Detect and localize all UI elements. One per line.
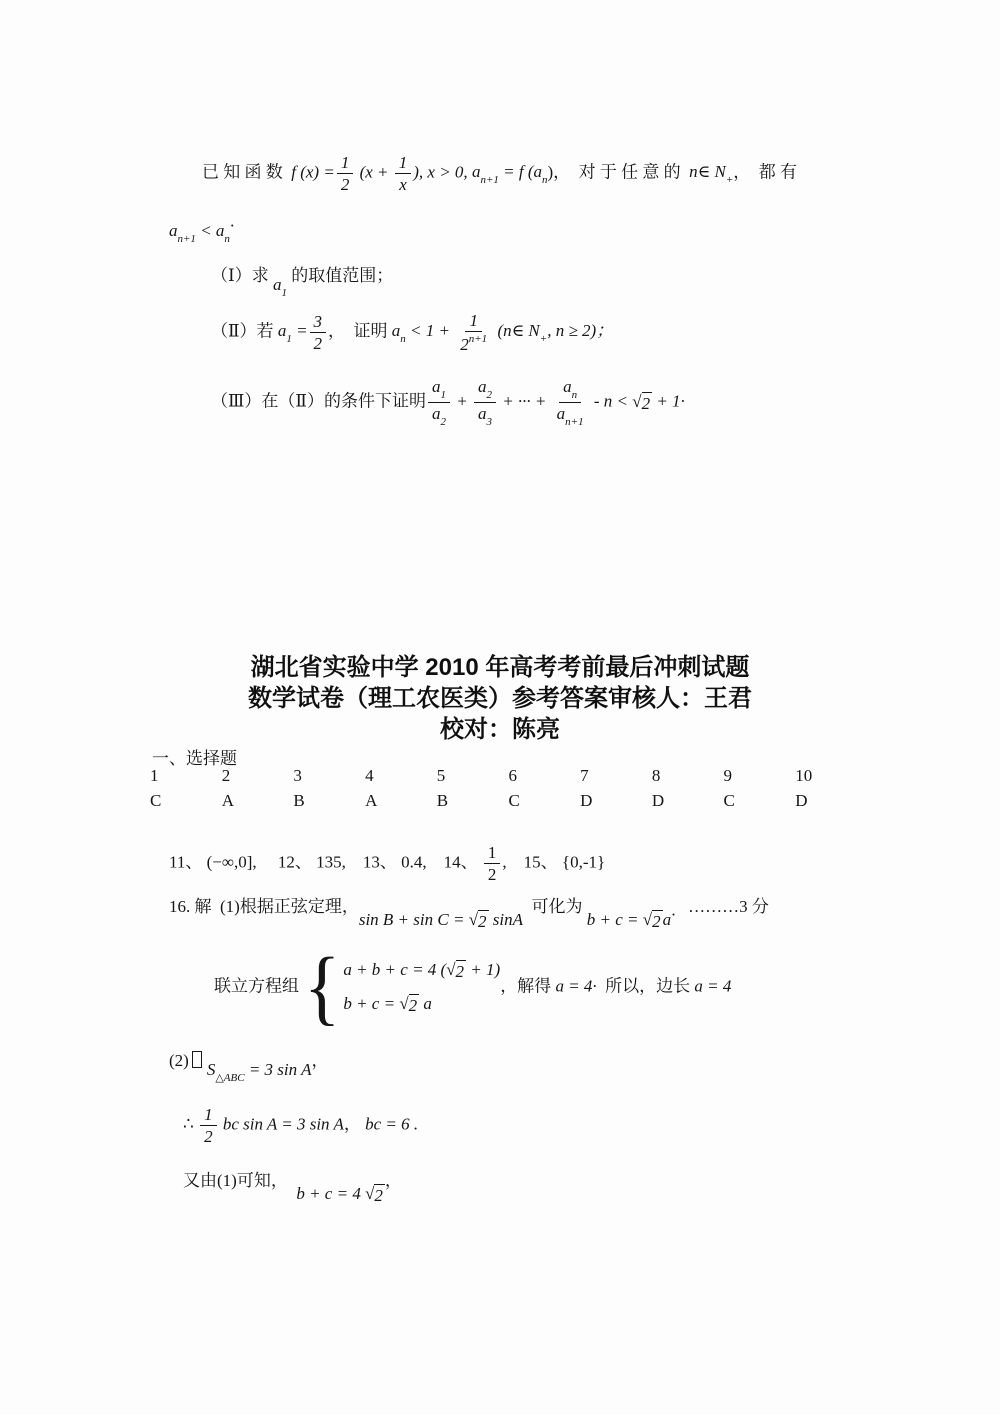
choice-number-2: 2 (222, 766, 294, 786)
end-dot: · (230, 216, 234, 235)
sqrt-two: √2 (643, 910, 663, 932)
den-sub: 3 (486, 416, 492, 428)
choice-answer-7: D (580, 791, 652, 811)
minus-n-less-than: - n < (590, 392, 633, 411)
score-marker: ………3 分 (675, 897, 769, 916)
radicand: 2 (642, 392, 653, 414)
a-equals-4-result: a = 4· (555, 977, 596, 996)
equation-1: a + b + c = 4 (√2 + 1) (343, 960, 500, 982)
for-any-text: 对 于 任 意 的 (579, 162, 690, 181)
radical-sign: √ (643, 910, 652, 930)
den-sub: 2 (440, 416, 446, 428)
choice-answer-3: B (293, 791, 365, 811)
q12-label: 12、 (278, 852, 316, 871)
fraction-three-halves: 32 (310, 312, 327, 353)
document-title-block: 湖北省实验中学 2010 年高考考前最后冲刺试题 数学试卷（理工农医类）参考答案… (0, 652, 1000, 745)
system-label: 联立方程组 (214, 977, 299, 996)
less-than-one-plus: < 1 + (406, 321, 454, 340)
frac-den: x (395, 174, 411, 194)
problem-intro-line: 已 知 函 数 f (x) =12 (x + 1x), x > 0, an+1 … (185, 133, 797, 214)
sine-sum-rhs: sinA (489, 910, 523, 929)
equation-column: a + b + c = 4 (√2 + 1)b + c = √2 a (343, 960, 500, 1016)
so-side-length-label: 所以，边长 (597, 977, 695, 996)
fraction-a1-a2: a1a2 (428, 377, 450, 429)
solution16-step1-text: (1)根据正弦定理， (220, 897, 359, 916)
choice-answer-1: C (150, 791, 222, 811)
choice-number-4: 4 (365, 766, 437, 786)
less-than: < (196, 221, 216, 240)
sqrt-two: √2 (399, 994, 419, 1016)
choice-number-7: 7 (580, 766, 652, 786)
q13-value: 0.4, (401, 852, 444, 871)
reduces-to-text: 可化为 (523, 897, 587, 916)
a-n-plus-1-term: an+1 = f (an (472, 162, 548, 181)
an-inequality: an < 1 + (392, 321, 454, 340)
choice-answer-8: D (652, 791, 724, 811)
frac-num: 1 (337, 153, 354, 174)
bc-lhs: b + c = (587, 910, 643, 929)
eq1-lhs: a + b + c = 4 ( (343, 960, 446, 979)
choice-answer-2: A (222, 791, 294, 811)
sqrt-two: √2 (632, 392, 652, 414)
solution16-step1-line: 16. 解 (1)根据正弦定理，sin B + sin C = √2 sinA … (152, 872, 769, 939)
choice-answer-5: B (437, 791, 509, 811)
q14-comma: , (502, 852, 523, 871)
sine-sum-lhs: sin B + sin C = (359, 910, 469, 929)
eq2-lhs: b + c = (343, 994, 399, 1013)
bc-rhs: a (663, 910, 672, 929)
radicand: 2 (478, 910, 489, 932)
frac-den: 2 (200, 1126, 217, 1146)
frac-num: a2 (474, 377, 496, 403)
radicand: 2 (456, 960, 467, 982)
den-base: a (557, 404, 566, 423)
title-line-1: 湖北省实验中学 2010 年高考考前最后冲刺试题 (0, 652, 1000, 683)
sqrt-two: √2 (365, 1184, 385, 1206)
radicand: 2 (374, 1184, 385, 1206)
fraction-a2-a3: a2a3 (474, 377, 496, 429)
fx-equals: f (x) = (291, 162, 335, 181)
fraction-an-an1: anan+1 (553, 377, 588, 429)
den-exponent: n+1 (469, 333, 487, 345)
radical-sign: √ (365, 1184, 374, 1204)
num-base: a (563, 377, 572, 396)
den-sub: n+1 (565, 416, 583, 428)
intro-lead: 已 知 函 数 (202, 162, 291, 181)
frac-den: a2 (428, 403, 450, 428)
radical-sign: √ (446, 960, 455, 980)
q13-label: 13、 (363, 852, 401, 871)
item2-prove-text: ， 证明 (328, 321, 392, 340)
a1-base: a (169, 221, 178, 240)
choice-number-row: 1 2 3 4 5 6 7 8 9 10 (150, 766, 867, 786)
choice-answer-row: C A B A B C D D C D (150, 791, 867, 811)
frac-num: 1 (465, 311, 482, 332)
choice-number-10: 10 (795, 766, 867, 786)
triangle-abc-subscript: △ABC (215, 1072, 244, 1084)
trailing-comma: ， (311, 1051, 328, 1070)
sqrt-two: √2 (469, 910, 489, 932)
choice-answer-6: C (508, 791, 580, 811)
frac-num: a1 (428, 377, 450, 403)
radical-sign: √ (469, 910, 478, 930)
title-line-2: 数学试卷（理工农医类）参考答案审核人：王君 (0, 683, 1000, 714)
item1-suffix: 的取值范围； (287, 266, 393, 285)
choice-number-8: 8 (652, 766, 724, 786)
a1-equals: a1 = (278, 321, 308, 340)
eq2-rhs: a (419, 994, 432, 1013)
a-sequence-inequality: an+1 < an· (169, 221, 234, 240)
eq1-rhs: + 1) (466, 960, 500, 979)
result-lhs: b + c = 4 (296, 1184, 365, 1203)
plus-ellipsis-plus: + ··· + (498, 392, 551, 411)
plus-sign: + (452, 392, 472, 411)
choice-answer-10: D (795, 791, 867, 811)
q15-value: {0,-1} (562, 852, 605, 871)
a-equals-4-final: a = 4 (694, 977, 731, 996)
area-equals: = 3 sin A (245, 1060, 312, 1079)
bc-sine-equation: bc sin A = 3 sin A (219, 1114, 344, 1133)
equals-f-a: = f (a (499, 162, 542, 181)
choice-answer-9: C (724, 791, 796, 811)
also-from-1-label: 又由(1)可知， (183, 1171, 296, 1190)
title-line-3: 校对：陈亮 (0, 714, 1000, 745)
frac-num: 1 (395, 153, 412, 174)
condition-group: (n∈ N+, n ≥ 2)； (493, 321, 613, 340)
plus-one-dot: + 1· (652, 392, 685, 411)
solve-label: ，解得 (500, 977, 555, 996)
frac-den: 2n+1 (456, 332, 491, 354)
den-base: 2 (460, 335, 469, 354)
radical-sign: √ (632, 392, 641, 412)
sine-sum-formula: sin B + sin C = √2 sinA (359, 910, 523, 929)
q14-label: 14、 (444, 852, 482, 871)
radical-sign: √ (399, 994, 408, 1014)
document-page: 已 知 函 数 f (x) =12 (x + 1x), x > 0, an+1 … (0, 0, 1000, 1415)
sqrt-two: √2 (446, 960, 466, 982)
q11-label: 11、 (169, 852, 207, 871)
choice-number-3: 3 (293, 766, 365, 786)
trailing-comma: ， (385, 1171, 402, 1190)
fraction-one-half: 12 (200, 1105, 217, 1146)
missing-glyph-box-icon (192, 1051, 202, 1068)
frac-num: 1 (200, 1105, 217, 1126)
end-dot: · (671, 905, 675, 924)
fraction-one-half: 12 (337, 153, 354, 194)
nset-base: n∈ N (689, 162, 726, 181)
b-plus-c-result: b + c = 4 √2 (296, 1184, 385, 1203)
choice-number-9: 9 (724, 766, 796, 786)
item2-prefix: （Ⅱ）若 (211, 321, 278, 340)
item1-prefix: （Ⅰ）求 (211, 266, 273, 285)
fraction-one-over-power: 12n+1 (456, 311, 491, 354)
a-subscript: n+1 (480, 174, 498, 186)
frac-den: an+1 (553, 403, 588, 428)
choice-number-5: 5 (437, 766, 509, 786)
always-have-text: ， 都 有 (733, 162, 797, 181)
q12-value: 135, (316, 852, 363, 871)
solution16-final-line: 又由(1)可知， b + c = 4 √2， (166, 1146, 402, 1213)
radicand: 2 (652, 910, 663, 932)
q15-label: 15、 (524, 852, 562, 871)
close-condition: , n ≥ 2)； (547, 321, 613, 340)
choice-number-6: 6 (508, 766, 580, 786)
num-sub: 2 (486, 389, 492, 401)
equation-2: b + c = √2 a (343, 994, 500, 1016)
solution16-head: 16. 解 (169, 897, 220, 916)
part2-label: (2) (169, 1051, 189, 1070)
frac-num: 3 (310, 312, 327, 333)
paren-x-plus: (x + (355, 162, 392, 181)
radicand: 2 (409, 994, 420, 1016)
close-paren-comma: )， (547, 162, 578, 181)
equals-sign: = (292, 321, 308, 340)
frac-den: 2 (310, 333, 327, 353)
num-sub: 1 (440, 389, 446, 401)
num-sub: n (572, 389, 578, 401)
frac-num: an (559, 377, 581, 403)
choice-number-1: 1 (150, 766, 222, 786)
n-in-nset: n∈ N+ (689, 162, 733, 181)
open-condition: (n∈ N (493, 321, 540, 340)
frac-den: a3 (474, 403, 496, 428)
frac-num: 1 (484, 843, 501, 864)
comma: ， (344, 1114, 365, 1133)
area-formula: S△ABC = 3 sin A (207, 1060, 312, 1079)
left-brace: { (304, 954, 340, 1021)
b-plus-c-formula: b + c = √2a· (587, 910, 676, 929)
q11-value: (−∞,0], (207, 852, 278, 871)
fraction-one-over-x: 1x (395, 153, 412, 194)
item3-prefix: （Ⅲ）在（Ⅱ）的条件下证明 (211, 392, 426, 411)
choice-answer-4: A (365, 791, 437, 811)
problem-item-3: （Ⅲ）在（Ⅱ）的条件下证明a1a2 + a2a3 + ··· + anan+1 … (194, 357, 685, 449)
therefore-symbol: ∴ (183, 1114, 198, 1133)
frac-den: 2 (337, 174, 354, 194)
x-positive: ), x > 0, (413, 162, 472, 181)
bc-equals-6: bc = 6 . (365, 1114, 418, 1133)
